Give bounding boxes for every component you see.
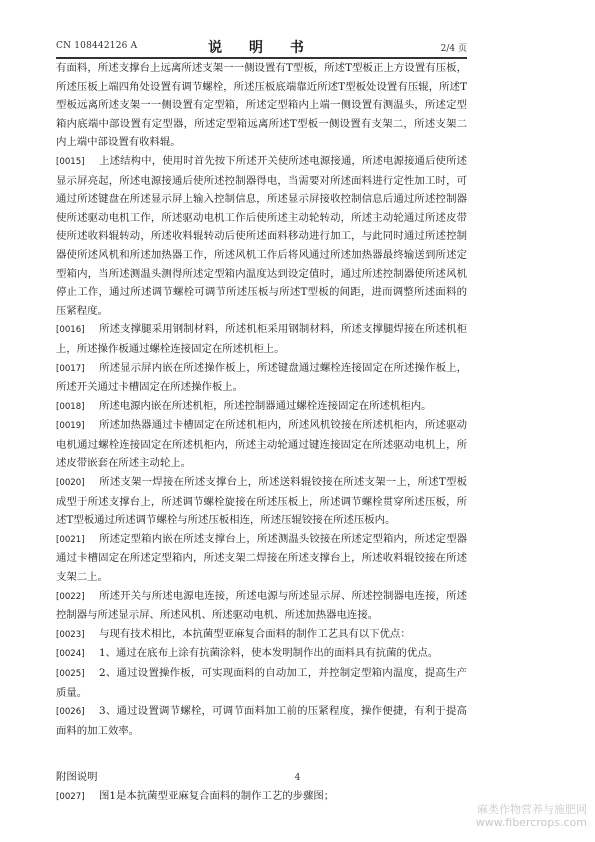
paragraph-0022: [0022]所述开关与所述电源电连接，所述电源与所述显示屏、所述控制器电连接，所… bbox=[56, 587, 467, 625]
paragraph-continued: 有面料，所述支撑台上远离所述支架一一侧设置有T型板，所述T型板正上方设置有压板，… bbox=[56, 59, 467, 152]
paragraph-number: [0019] bbox=[56, 417, 99, 436]
paragraph-0018: [0018]所述电源内嵌在所述机柜，所述控制器通过螺栓连接固定在所述机柜内。 bbox=[56, 397, 467, 417]
document-title: 说 明 书 bbox=[56, 37, 467, 57]
paragraph-text: 上述结构中，使用时首先按下所述开关使所述电源接通，所述电源接通后使所述显示屏亮起… bbox=[56, 155, 467, 317]
paragraph-number: [0018] bbox=[56, 398, 99, 417]
paragraph-number: [0025] bbox=[56, 665, 99, 684]
paragraph-number: [0026] bbox=[56, 703, 99, 722]
paragraph-0020: [0020]所述支架一焊接在所述支撑台上，所述送料辊铰接在所述支架一上，所述T型… bbox=[56, 473, 467, 530]
paragraph-text: 所述电源内嵌在所述机柜，所述控制器通过螺栓连接固定在所述机柜内。 bbox=[99, 400, 432, 412]
paragraph-text: 所述支架一焊接在所述支撑台上，所述送料辊铰接在所述支架一上，所述T型板成型于所述… bbox=[56, 476, 467, 526]
paragraph-number: [0016] bbox=[56, 321, 99, 340]
paragraph-number: [0024] bbox=[56, 645, 99, 664]
paragraph-text: 所述显示屏内嵌在所述操作板上，所述键盘通过螺栓连接固定在所述操作板上，所述开关通… bbox=[56, 362, 467, 394]
paragraph-text: 所述定型箱内嵌在所述支撑台上，所述测温头铰接在所述定型箱内，所述定型器通过卡槽固… bbox=[56, 533, 467, 583]
paragraph-0015: [0015]上述结构中，使用时首先按下所述开关使所述电源接通，所述电源接通后使所… bbox=[56, 152, 467, 320]
paragraph-number: [0022] bbox=[56, 588, 99, 607]
paragraph-0019: [0019]所述加热器通过卡槽固定在所述机柜内，所述风机铰接在所述机柜内，所述驱… bbox=[56, 416, 467, 473]
document-body: 有面料，所述支撑台上远离所述支架一一侧设置有T型板，所述T型板正上方设置有压板，… bbox=[56, 59, 467, 807]
paragraph-number: [0021] bbox=[56, 531, 99, 550]
watermark-site-name: 麻类作物营养与施肥网 bbox=[476, 803, 587, 816]
paragraph-text: 图1是本抗菌型亚麻复合面料的制作工艺的步骤图； bbox=[99, 790, 334, 802]
paragraph-0024: [0024]1、通过在底布上涂有抗菌涂料，使本发明制作出的面料具有抗菌的优点。 bbox=[56, 644, 467, 664]
paragraph-0026: [0026]3、通过设置调节螺栓，可调节面料加工前的压紧程度，操作便捷，有利于提… bbox=[56, 702, 467, 740]
paragraph-0016: [0016]所述支撑腿采用钢制材料，所述机柜采用钢制材料，所述支撑腿焊接在所述机… bbox=[56, 320, 467, 358]
paragraph-text: 1、通过在底布上涂有抗菌涂料，使本发明制作出的面料具有抗菌的优点。 bbox=[99, 647, 438, 659]
paragraph-number: [0017] bbox=[56, 360, 99, 379]
paragraph-number: [0023] bbox=[56, 626, 99, 645]
page-indicator: 2/4 页 bbox=[441, 41, 467, 54]
paragraph-0023: [0023]与现有技术相比，本抗菌型亚麻复合面料的制作工艺具有以下优点： bbox=[56, 625, 467, 645]
paragraph-0027: [0027]图1是本抗菌型亚麻复合面料的制作工艺的步骤图； bbox=[56, 787, 467, 807]
watermark-url: www.fibercrops.com bbox=[476, 816, 587, 829]
paragraph-number: [0020] bbox=[56, 474, 99, 493]
watermark: 麻类作物营养与施肥网 www.fibercrops.com bbox=[476, 803, 587, 829]
page-header: CN 108442126 A 说 明 书 2/4 页 bbox=[56, 37, 467, 56]
paragraph-text: 所述开关与所述电源电连接，所述电源与所述显示屏、所述控制器电连接，所述控制器与所… bbox=[56, 590, 467, 622]
paragraph-number: [0015] bbox=[56, 153, 99, 172]
paragraph-text: 所述加热器通过卡槽固定在所述机柜内，所述风机铰接在所述机柜内，所述驱动电机通过螺… bbox=[56, 419, 467, 469]
paragraph-text: 2、通过设置操作板，可实现面料的自动加工，并控制定型箱内温度，提高生产质量。 bbox=[56, 667, 467, 699]
page-number: 4 bbox=[0, 773, 595, 783]
paragraph-0017: [0017]所述显示屏内嵌在所述操作板上，所述键盘通过螺栓连接固定在所述操作板上… bbox=[56, 359, 467, 397]
paragraph-0025: [0025]2、通过设置操作板，可实现面料的自动加工，并控制定型箱内温度，提高生… bbox=[56, 664, 467, 702]
paragraph-text: 3、通过设置调节螺栓，可调节面料加工前的压紧程度，操作便捷，有利于提高面料的加工… bbox=[56, 705, 467, 737]
paragraph-text: 所述支撑腿采用钢制材料，所述机柜采用钢制材料，所述支撑腿焊接在所述机柜上，所述操… bbox=[56, 323, 467, 355]
paragraph-number: [0027] bbox=[56, 788, 99, 807]
paragraph-text: 与现有技术相比，本抗菌型亚麻复合面料的制作工艺具有以下优点： bbox=[99, 628, 411, 640]
paragraph-0021: [0021]所述定型箱内嵌在所述支撑台上，所述测温头铰接在所述定型箱内，所述定型… bbox=[56, 530, 467, 587]
